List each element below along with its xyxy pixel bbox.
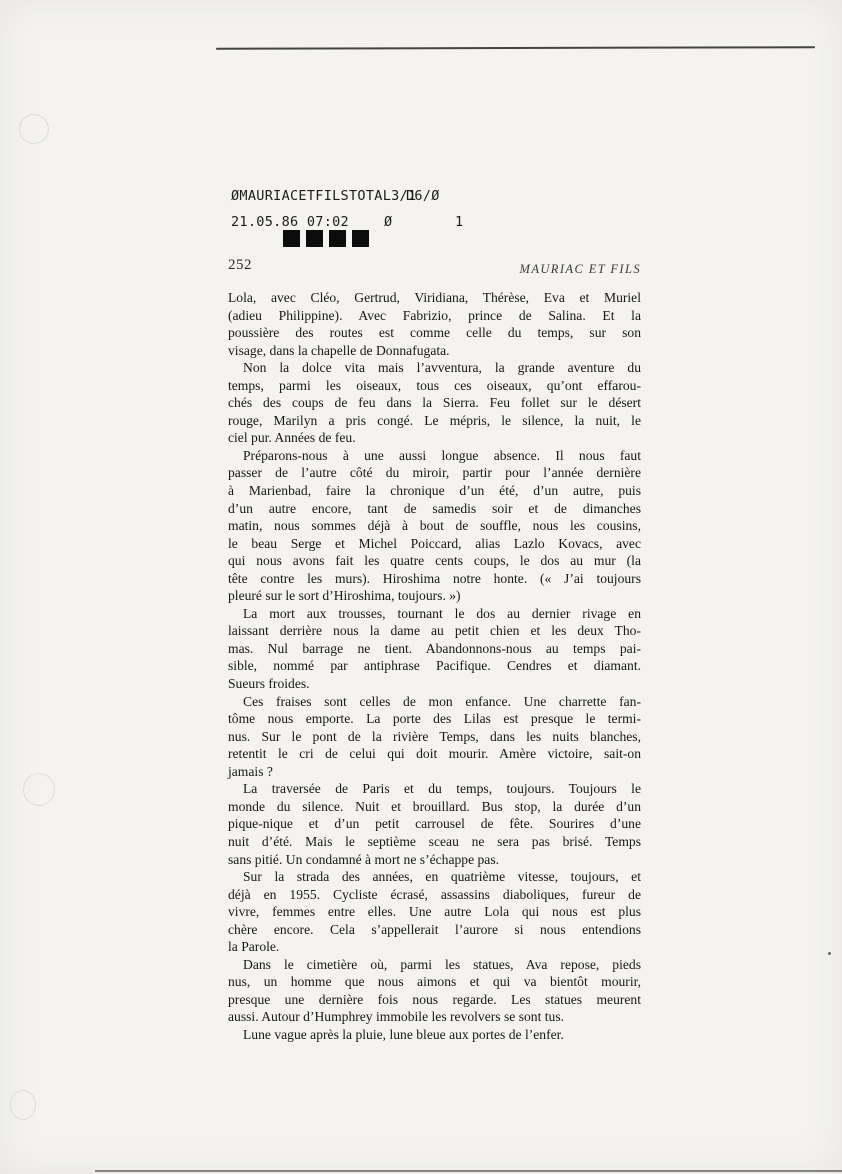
- paragraph: Lune vague après la pluie, lune bleue au…: [228, 1026, 641, 1044]
- text-line: (adieu Philippine). Avec Fabrizio, princ…: [228, 307, 641, 325]
- text-line: déjà en 1955. Cycliste écrasé, assassins…: [228, 886, 641, 904]
- text-line: Dans le cimetière où, parmi les statues,…: [228, 956, 641, 974]
- text-line: La mort aux trousses, tournant le dos au…: [228, 605, 641, 623]
- text-line: jamais ?: [228, 763, 641, 781]
- text-line: La traversée de Paris et du temps, toujo…: [228, 780, 641, 798]
- paragraph: Dans le cimetière où, parmi les statues,…: [228, 956, 641, 1026]
- text-line: poussière des routes est comme celle du …: [228, 324, 641, 342]
- body-text: Lola, avec Cléo, Gertrud, Viridiana, Thé…: [228, 289, 641, 1044]
- text-line: laissant derrière nous la dame au petit …: [228, 622, 641, 640]
- paragraph: La traversée de Paris et du temps, toujo…: [228, 780, 641, 868]
- text-line: pleuré sur le sort d’Hiroshima, toujours…: [228, 587, 641, 605]
- text-line: Lune vague après la pluie, lune bleue au…: [228, 1026, 641, 1044]
- punch-hole-mark: [19, 114, 49, 144]
- punch-hole-mark: [23, 773, 55, 806]
- text-line: Ces fraises sont celles de mon enfance. …: [228, 693, 641, 711]
- text-line: sans pitié. Un condamné à mort ne s’écha…: [228, 851, 641, 869]
- text-line: presque une dernière fois nous regarde. …: [228, 991, 641, 1009]
- text-line: nus, un homme que nous aimons et qui va …: [228, 973, 641, 991]
- text-line: retentit le cri de celui qui doit mourir…: [228, 745, 641, 763]
- text-line: visage, dans la chapelle de Donnafugata.: [228, 342, 641, 360]
- ink-speck: [828, 952, 831, 955]
- text-line: tôme nous emporte. La porte des Lilas es…: [228, 710, 641, 728]
- text-line: Lola, avec Cléo, Gertrud, Viridiana, Thé…: [228, 289, 641, 307]
- text-line: rouge, Marilyn a pris congé. Le mépris, …: [228, 412, 641, 430]
- text-line: la Parole.: [228, 938, 641, 956]
- text-line: le beau Serge et Michel Poiccard, alias …: [228, 535, 641, 553]
- text-line: Non la dolce vita mais l’avventura, la g…: [228, 359, 641, 377]
- registration-mark-square: [352, 230, 369, 247]
- text-line: Préparons-nous à une aussi longue absenc…: [228, 447, 641, 465]
- text-line: tête contre les murs). Hiroshima notre h…: [228, 570, 641, 588]
- proof-header-zero: Ø: [384, 214, 392, 230]
- proof-header-one: 1: [455, 214, 463, 230]
- text-line: d’un autre encore, tant de samedis soir …: [228, 500, 641, 518]
- text-line: ciel pur. Années de feu.: [228, 429, 641, 447]
- proof-header-code-right: D6/Ø: [406, 188, 440, 204]
- text-line: qui nous avons fait les quatre cents cou…: [228, 552, 641, 570]
- text-line: monde du silence. Nuit et brouillard. Bu…: [228, 798, 641, 816]
- text-line: à Marienbad, faire la chronique d’un été…: [228, 482, 641, 500]
- text-line: chère encore. Cela s’appellerait l’auror…: [228, 921, 641, 939]
- paragraph: Sur la strada des années, en quatrième v…: [228, 868, 641, 956]
- text-line: temps, parmi les oiseaux, tous ces oisea…: [228, 377, 641, 395]
- text-line: chés des coups de feu dans la Sierra. Fe…: [228, 394, 641, 412]
- scanned-book-page: ØMAURIACETFILSTOTAL3/1 D6/Ø 21.05.86 07:…: [0, 0, 842, 1174]
- text-line: nus. Sur le pont de la rivière Temps, da…: [228, 728, 641, 746]
- paragraph: Ces fraises sont celles de mon enfance. …: [228, 693, 641, 781]
- paragraph: Lola, avec Cléo, Gertrud, Viridiana, Thé…: [228, 289, 641, 359]
- text-line: pique-nique et d’un petit carrousel de f…: [228, 815, 641, 833]
- text-line: matin, nous sommes déjà à bout de souffl…: [228, 517, 641, 535]
- registration-marks: [283, 230, 369, 247]
- text-line: nuit d’été. Mais le septième sceau ne se…: [228, 833, 641, 851]
- registration-mark-square: [329, 230, 346, 247]
- text-line: Sueurs froides.: [228, 675, 641, 693]
- text-line: Sur la strada des années, en quatrième v…: [228, 868, 641, 886]
- paragraph: Préparons-nous à une aussi longue absenc…: [228, 447, 641, 605]
- text-line: passer de l’autre côté du miroir, partir…: [228, 464, 641, 482]
- running-head-title: MAURIAC ET FILS: [228, 262, 641, 277]
- registration-mark-square: [283, 230, 300, 247]
- text-line: mas. Nul barrage ne tient. Abandonnons-n…: [228, 640, 641, 658]
- top-rule-line: [216, 46, 815, 50]
- proof-header-code: ØMAURIACETFILSTOTAL3/1: [231, 188, 416, 204]
- proof-header-datetime: 21.05.86 07:02: [231, 214, 349, 230]
- text-line: aussi. Autour d’Humphrey immobile les re…: [228, 1008, 641, 1026]
- paragraph: Non la dolce vita mais l’avventura, la g…: [228, 359, 641, 447]
- text-line: sible, nommé par antiphrase Pacifique. C…: [228, 657, 641, 675]
- punch-hole-mark: [10, 1090, 36, 1120]
- text-line: vivre, femmes entre elles. Une autre Lol…: [228, 903, 641, 921]
- registration-mark-square: [306, 230, 323, 247]
- paragraph: La mort aux trousses, tournant le dos au…: [228, 605, 641, 693]
- scan-edge-line: [95, 1170, 842, 1172]
